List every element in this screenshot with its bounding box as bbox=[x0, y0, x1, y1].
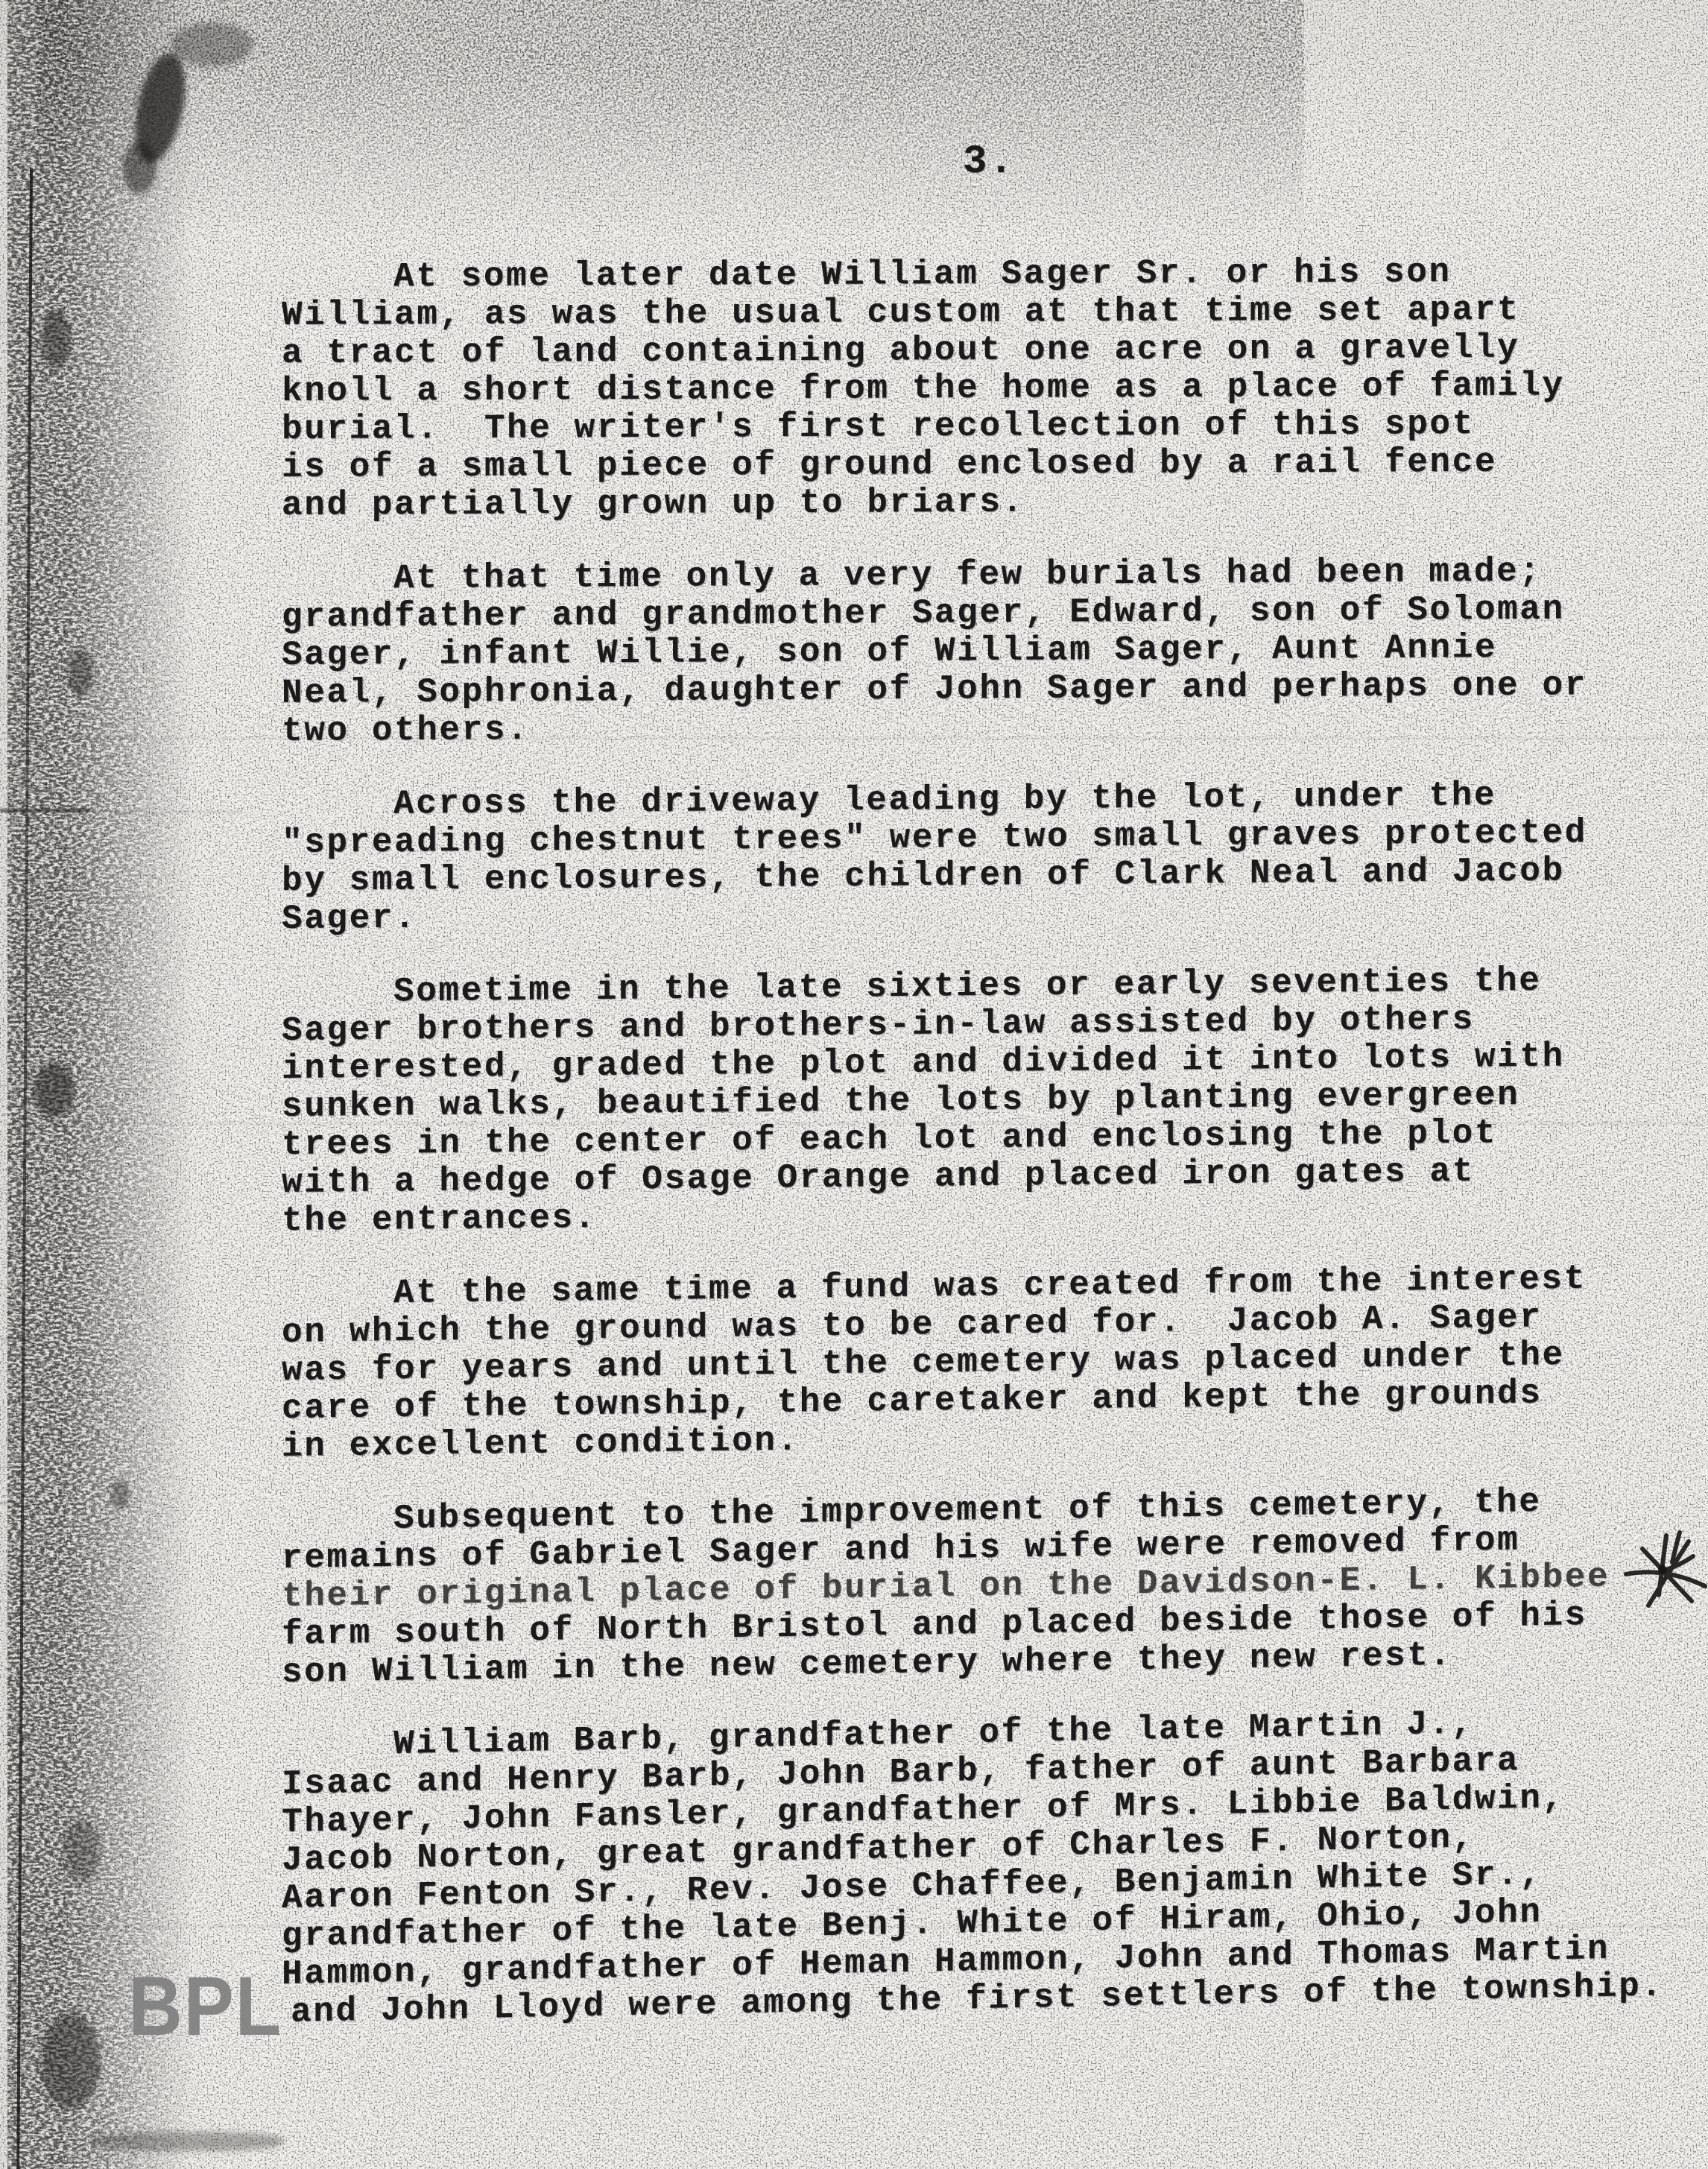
crease-mark bbox=[6, 1586, 36, 1589]
text-line: is of a small piece of ground enclosed b… bbox=[282, 443, 1708, 487]
ink-smudge bbox=[67, 648, 94, 696]
ink-smudge bbox=[63, 1819, 101, 1882]
text-line: knoll a short distance from the home as … bbox=[282, 367, 1708, 411]
ink-smudge bbox=[41, 2012, 101, 2109]
paragraph-3: Across the driveway leading by the lot, … bbox=[282, 775, 1708, 938]
ink-smudge bbox=[41, 309, 71, 369]
paragraphs-container: At some later date William Sager Sr. or … bbox=[282, 259, 1708, 2032]
ink-smudge bbox=[171, 22, 253, 67]
text-line: and partially grown up to briars. bbox=[282, 481, 1708, 525]
paragraph-1: At some later date William Sager Sr. or … bbox=[282, 253, 1708, 525]
ink-smudge bbox=[34, 1062, 75, 1118]
typewritten-text-block: 3. At some later date William Sager Sr. … bbox=[282, 143, 1708, 2068]
paragraph-7: William Barb, grandfather of the late Ma… bbox=[282, 1700, 1708, 2032]
ink-smudge bbox=[89, 2132, 283, 2151]
bpl-watermark: BPL bbox=[128, 1965, 282, 2048]
paragraph-5: At the same time a fund was created from… bbox=[282, 1259, 1708, 1466]
paragraph-4: Sometime in the late sixties or early se… bbox=[282, 961, 1708, 1240]
text-line: two others. bbox=[282, 704, 1708, 751]
page-number: 3. bbox=[282, 143, 1708, 181]
paragraph-6: Subsequent to the improvement of this ce… bbox=[282, 1481, 1708, 1692]
ink-smudge bbox=[110, 1480, 130, 1509]
crease-mark bbox=[0, 809, 89, 812]
paragraph-2: At that time only a very few burials had… bbox=[282, 552, 1708, 751]
scanned-document-page: 3. At some later date William Sager Sr. … bbox=[0, 0, 1708, 2169]
crease-mark bbox=[0, 1502, 34, 1505]
asterisk-ink-mark-icon bbox=[1622, 1526, 1708, 1623]
crease-mark bbox=[0, 1338, 45, 1341]
ink-smudge bbox=[123, 142, 156, 194]
crease-mark bbox=[86, 810, 242, 813]
